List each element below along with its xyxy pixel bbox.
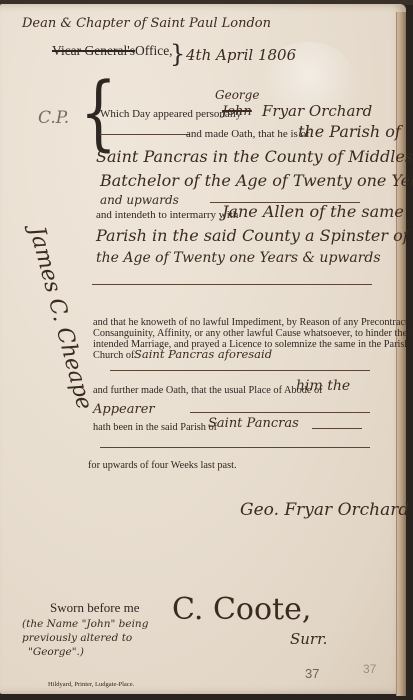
parish-handwritten: Saint Pancras (208, 416, 299, 431)
struck-vicar-general: Vicar General's (52, 43, 135, 58)
rule (110, 370, 370, 371)
margin-vertical-signature: James C. Cheape (24, 224, 97, 412)
abode-line: and further made Oath, that the usual Pl… (93, 385, 323, 396)
appellant-signature: Geo. Fryar Orchard (240, 500, 409, 520)
date-handwritten: 4th April 1806 (186, 46, 296, 64)
line-parish-of: the Parish of (298, 122, 401, 141)
rule (100, 134, 190, 135)
line-and-upwards: and upwards (100, 193, 179, 207)
rule (92, 284, 372, 285)
office-line: Vicar General'sOffice, (52, 43, 173, 59)
printer-imprint: Hildyard, Printer, Ludgate-Place. (48, 681, 134, 688)
weeks-line: for upwards of four Weeks last past. (88, 460, 237, 471)
handwritten-office: Dean & Chapter of Saint Paul London (22, 16, 271, 31)
parish-line: hath been in the said Parish of (93, 422, 217, 433)
folio-number-1: 37 (305, 666, 319, 681)
line-made-oath: and made Oath, that he is of (186, 128, 310, 140)
document-page: Dean & Chapter of Saint Paul London Vica… (0, 4, 406, 694)
line-batchelor-age: Batchelor of the Age of Twenty one Years (100, 171, 413, 190)
impediment-line-1: and that he knoweth of no lawful Impedim… (93, 317, 410, 328)
note-line-3: "George".) (28, 646, 84, 658)
line-intermarry: and intendeth to intermarry with (96, 209, 238, 221)
page-binding-edge (396, 12, 406, 696)
surrogate-suffix: Surr. (290, 630, 327, 648)
church-handwritten: Saint Pancras aforesaid (134, 347, 272, 361)
struck-john: John (222, 104, 252, 119)
sworn-before-me: Sworn before me (50, 600, 140, 616)
office-suffix: Office, (135, 43, 173, 58)
rule (312, 428, 362, 429)
note-line-1: (the Name "John" being (22, 618, 148, 630)
brace-header: } (170, 40, 185, 68)
note-line-2: previously altered to (22, 632, 132, 644)
impediment-line-4: Church of (93, 350, 134, 361)
line-age-spinster: the Age of Twenty one Years & upwards (96, 250, 381, 266)
line-parish-spinster: Parish in the said County a Spinster of (96, 226, 409, 245)
abode-him-the: him the (296, 378, 350, 394)
line-jane-allen: Jane Allen of the same (222, 202, 404, 221)
rule (100, 447, 370, 448)
folio-number-2: 37 (363, 662, 376, 676)
surrogate-signature: C. Coote, (172, 592, 311, 627)
margin-initials: C.P. (38, 108, 69, 128)
appellant-name: Fryar Orchard (262, 102, 372, 120)
rule (190, 412, 370, 413)
abode-appearer: Appearer (93, 402, 155, 417)
impediment-line-2: Consanguinity, Affinity, or any other la… (93, 328, 413, 339)
line-saint-pancras-county: Saint Pancras in the County of Middlesex (96, 147, 413, 166)
correction-george: George (215, 88, 259, 102)
line-appeared: Which Day appeared personally (100, 108, 241, 120)
